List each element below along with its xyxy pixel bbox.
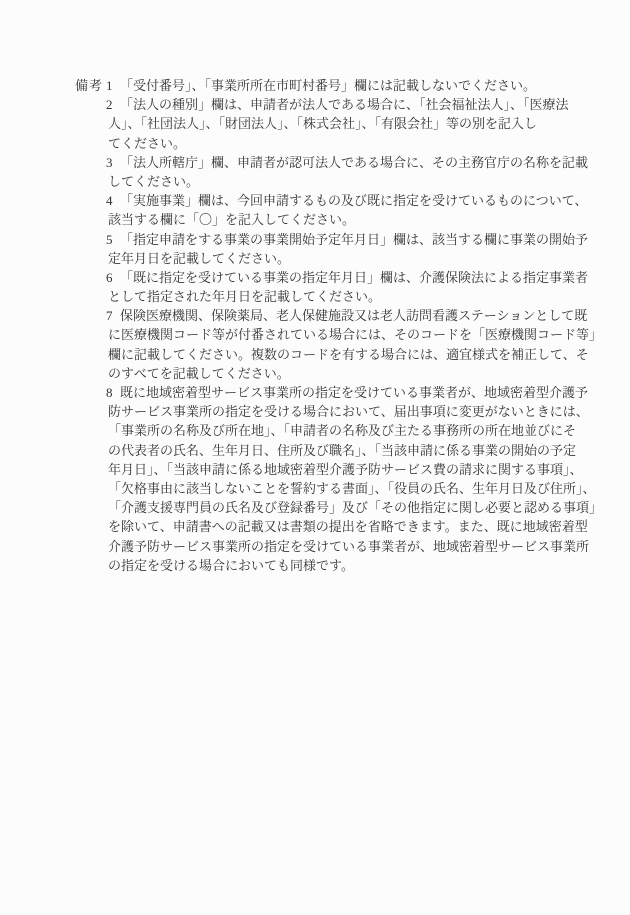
note-item-text: 既に地域密着型サービス事業所の指定を受けている事業者が、地域密着型介護予 <box>120 385 588 400</box>
note-item-line: 年月日」、「当該申請に係る地域密着型介護予防サービス費の請求に関する事項」、 <box>108 460 575 479</box>
note-item-line: を除いて、申請書への記載又は書類の提出を省略できます。また、既に地域密着型 <box>108 517 575 536</box>
note-item-2: 2「法人の種別」欄は、申請者が法人である場合に、「社会福祉法人」、「医療法人」、… <box>106 95 575 153</box>
note-item-line: 防サービス事業所の指定を受ける場合において、届出事項に変更がないときには、 <box>108 402 575 421</box>
note-item-number: 4 <box>106 191 120 210</box>
note-item-line: のすべてを記載してください。 <box>108 364 575 383</box>
note-item-number: 2 <box>106 95 120 114</box>
note-item-line: に医療機関コード等が付番されている場合には、そのコードを「医療機関コード等」 <box>108 325 575 344</box>
note-item-first-line: 1「受付番号」、「事業所所在市町村番号」欄には記載しないでください。 <box>106 76 575 95</box>
note-item-first-line: 5「指定申請をする事業の事業開始予定年月日」欄は、該当する欄に事業の開始予 <box>106 230 575 249</box>
note-item-first-line: 8既に地域密着型サービス事業所の指定を受けている事業者が、地域密着型介護予 <box>106 383 575 402</box>
note-item-line: 定年月日を記載してください。 <box>108 249 575 268</box>
note-item-line: 該当する欄に「〇」を記入してください。 <box>108 210 575 229</box>
note-item-8: 8既に地域密着型サービス事業所の指定を受けている事業者が、地域密着型介護予防サー… <box>106 383 575 575</box>
note-item-text: 「既に指定を受けている事業の指定年月日」欄は、介護保険法による指定事業者 <box>120 270 588 285</box>
note-item-text: 「法人所轄庁」欄、申請者が認可法人である場合に、その主務官庁の名称を記載 <box>120 155 588 170</box>
note-item-4: 4「実施事業」欄は、今回申請するもの及び既に指定を受けているものについて、該当す… <box>106 191 575 229</box>
note-item-line: 「欠格事由に該当しないことを誓約する書面」、「役員の氏名、生年月日及び住所」、 <box>108 479 575 498</box>
note-item-first-line: 6「既に指定を受けている事業の指定年月日」欄は、介護保険法による指定事業者 <box>106 268 575 287</box>
note-item-1: 1「受付番号」、「事業所所在市町村番号」欄には記載しないでください。 <box>106 76 575 95</box>
note-item-first-line: 3「法人所轄庁」欄、申請者が認可法人である場合に、その主務官庁の名称を記載 <box>106 153 575 172</box>
note-item-number: 1 <box>106 76 120 95</box>
note-item-line: 「介護支援専門員の氏名及び登録番号」及び「その他指定に関し必要と認める事項」 <box>108 498 575 517</box>
remarks-items: 1「受付番号」、「事業所所在市町村番号」欄には記載しないでください。2「法人の種… <box>106 76 575 575</box>
note-item-line: の指定を受ける場合においても同様です。 <box>108 556 575 575</box>
note-item-first-line: 7保険医療機関、保険薬局、老人保健施設又は老人訪問看護ステーションとして既 <box>106 306 575 325</box>
note-item-number: 5 <box>106 230 120 249</box>
note-item-line: の代表者の氏名、生年月日、住所及び職名」、「当該申請に係る事業の開始の予定 <box>108 441 575 460</box>
note-item-first-line: 4「実施事業」欄は、今回申請するもの及び既に指定を受けているものについて、 <box>106 191 575 210</box>
remarks-label: 備考 <box>75 76 103 95</box>
note-item-number: 8 <box>106 383 120 402</box>
note-item-text: 「法人の種別」欄は、申請者が法人である場合に、「社会福祉法人」、「医療法 <box>120 97 569 112</box>
note-item-number: 6 <box>106 268 120 287</box>
note-item-line: として指定された年月日を記載してください。 <box>108 287 575 306</box>
note-item-line: てください。 <box>108 134 575 153</box>
note-item-text: 「受付番号」、「事業所所在市町村番号」欄には記載しないでください。 <box>120 78 536 93</box>
note-item-5: 5「指定申請をする事業の事業開始予定年月日」欄は、該当する欄に事業の開始予定年月… <box>106 230 575 268</box>
note-item-6: 6「既に指定を受けている事業の指定年月日」欄は、介護保険法による指定事業者として… <box>106 268 575 306</box>
note-item-text: 「実施事業」欄は、今回申請するもの及び既に指定を受けているものについて、 <box>120 193 587 208</box>
note-item-line: してください。 <box>108 172 575 191</box>
note-item-text: 保険医療機関、保険薬局、老人保健施設又は老人訪問看護ステーションとして既 <box>120 308 587 323</box>
note-item-3: 3「法人所轄庁」欄、申請者が認可法人である場合に、その主務官庁の名称を記載してく… <box>106 153 575 191</box>
note-item-number: 7 <box>106 306 120 325</box>
document-page: 備考 1「受付番号」、「事業所所在市町村番号」欄には記載しないでください。2「法… <box>0 0 630 915</box>
note-item-text: 「指定申請をする事業の事業開始予定年月日」欄は、該当する欄に事業の開始予 <box>120 232 588 247</box>
note-item-line: 欄に記載してください。複数のコードを有する場合には、適宜様式を補正して、そ <box>108 345 575 364</box>
note-item-first-line: 2「法人の種別」欄は、申請者が法人である場合に、「社会福祉法人」、「医療法 <box>106 95 575 114</box>
note-item-line: 介護予防サービス事業所の指定を受けている事業者が、地域密着型サービス事業所 <box>108 537 575 556</box>
note-item-line: 「事業所の名称及び所在地」、「申請者の名称及び主たる事務所の所在地並びにそ <box>108 421 575 440</box>
note-item-number: 3 <box>106 153 120 172</box>
note-item-7: 7保険医療機関、保険薬局、老人保健施設又は老人訪問看護ステーションとして既に医療… <box>106 306 575 383</box>
note-item-line: 人」、「社団法人」、「財団法人」、「株式会社」、「有限会社」等の別を記入し <box>108 114 575 133</box>
remarks-section: 備考 1「受付番号」、「事業所所在市町村番号」欄には記載しないでください。2「法… <box>75 76 575 575</box>
